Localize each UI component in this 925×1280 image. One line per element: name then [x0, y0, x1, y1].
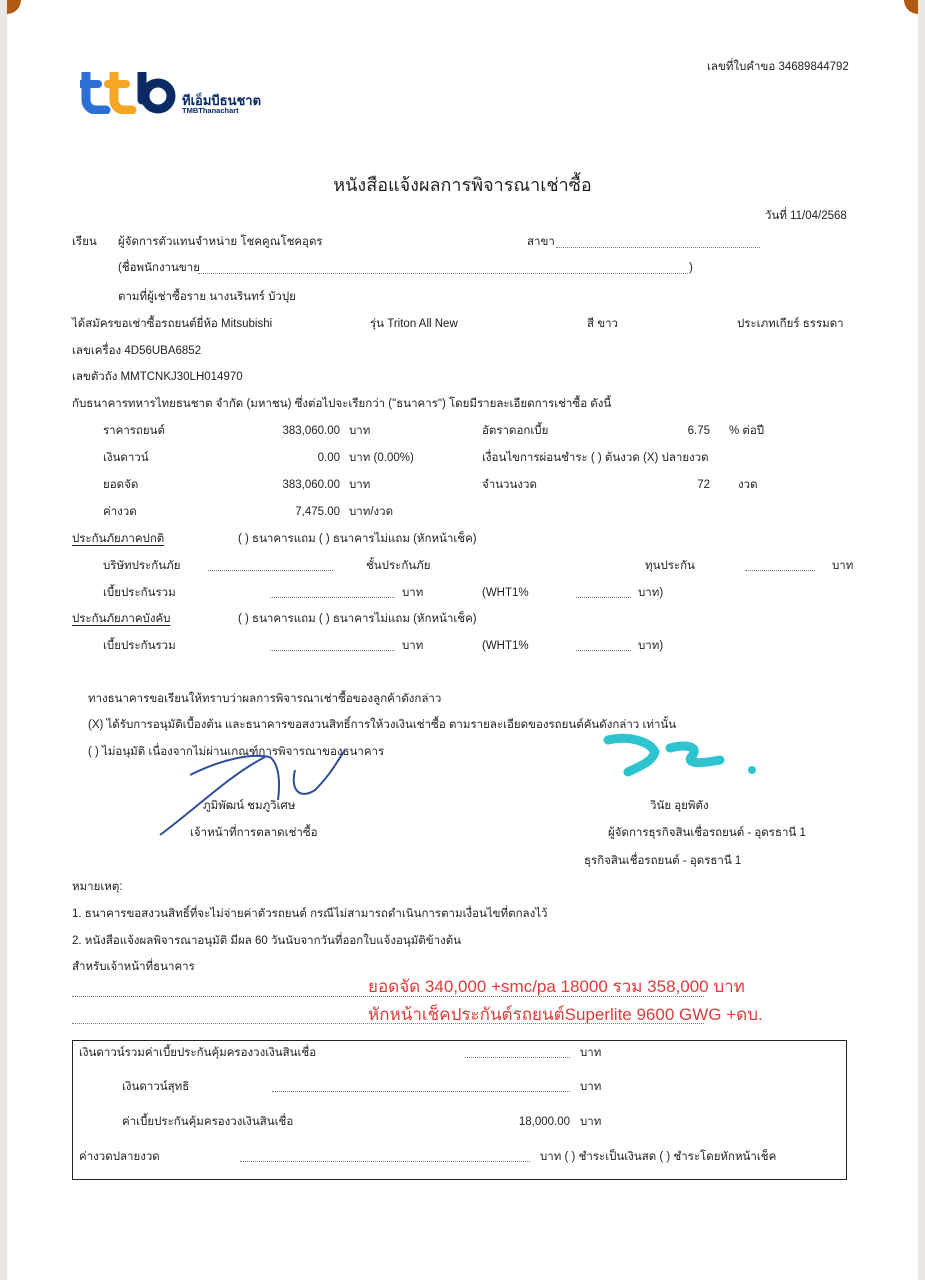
credit-premium-value: 18,000.00 — [480, 1115, 570, 1129]
salesperson-close: ) — [689, 261, 693, 275]
brand-value: Mitsubishi — [221, 318, 272, 330]
branch-label: สาขา — [527, 235, 555, 249]
color-label: สี — [587, 318, 594, 330]
finance-row-label: ยอดจัด — [103, 478, 138, 492]
brand-label: ได้สมัครขอเช่าซื้อรถยนต์ยี่ห้อ — [72, 318, 218, 330]
engine-number: เลขเครื่อง 4D56UBA6852 — [72, 344, 201, 358]
request-number-value: 34689844792 — [778, 61, 848, 73]
baht-close: บาท) — [638, 639, 663, 653]
compulsory-premium-label: เบี้ยประกันรวม — [103, 639, 176, 653]
finance-row-value: 383,060.00 — [240, 424, 340, 438]
bank-name-english: TMBThanachart — [182, 106, 239, 115]
gear-label: ประเภทเกียร์ — [737, 318, 800, 330]
insurer-field — [208, 570, 333, 571]
left-signer-name: ภูมิพัฒน์ ชมภูวิเศษ — [203, 799, 295, 813]
salesperson-field — [198, 273, 688, 274]
finance-row-label: ราคารถยนต์ — [103, 424, 165, 438]
finance-row-unit: บาท (0.00%) — [349, 451, 414, 465]
final-installment-options: บาท ( ) ชำระเป็นเงินสด ( ) ชำระโดยหักหน้… — [540, 1150, 776, 1164]
payment-condition: เงื่อนไขการผ่อนชำระ ( ) ต้นงวด (X) ปลายง… — [482, 451, 709, 465]
chassis-number: เลขตัวถัง MMTCNKJ30LH014970 — [72, 370, 243, 384]
left-signer-title: เจ้าหน้าที่การตลาดเช่าซื้อ — [190, 826, 318, 840]
date-label: วันที่ — [765, 210, 787, 222]
wht-field — [576, 650, 631, 651]
finance-row-label: เงินดาวน์ — [103, 451, 149, 465]
model-label: รุ่น — [370, 318, 384, 330]
bank-officer-label: สำหรับเจ้าหน้าที่ธนาคาร — [72, 960, 195, 974]
engine-label: เลขเครื่อง — [72, 345, 121, 357]
salesperson-label: (ชื่อพนักงานขาย — [118, 261, 200, 275]
document-title: หนังสือแจ้งผลการพิจารณาเช่าซื้อ — [0, 170, 925, 199]
vehicle-model: รุ่น Triton All New — [370, 317, 458, 331]
notes-heading: หมายเหตุ: — [72, 880, 123, 894]
interest-value: 6.75 — [660, 424, 710, 438]
finance-row-label: ค่างวด — [103, 505, 137, 519]
insurer-label: บริษัทประกันภัย — [103, 559, 180, 573]
signature-right-icon — [600, 730, 770, 780]
compulsory-insurance-options: ( ) ธนาคารแถม ( ) ธนาคารไม่แถม (หักหน้าเ… — [238, 612, 477, 626]
sum-insured-field — [745, 570, 815, 571]
credit-premium-label: ค่าเบี้ยประกันคุ้มครองวงเงินสินเชื่อ — [122, 1115, 293, 1129]
baht-unit: บาท — [580, 1080, 601, 1094]
compulsory-insurance-label: ประกันภัยภาคบังคับ — [72, 612, 170, 626]
handwritten-annotation-1: ยอดจัด 340,000 +smc/pa 18000 รวม 358,000… — [368, 973, 745, 1000]
compulsory-premium-field — [270, 650, 395, 651]
model-value: Triton All New — [387, 318, 458, 330]
baht-unit: บาท — [580, 1115, 601, 1129]
vehicle-brand: ได้สมัครขอเช่าซื้อรถยนต์ยี่ห้อ Mitsubish… — [72, 317, 272, 331]
down-total-field — [465, 1057, 570, 1058]
installments-value: 72 — [660, 478, 710, 492]
baht-unit: บาท — [580, 1046, 601, 1060]
request-number-label: เลขที่ใบคำขอ — [707, 61, 775, 73]
installments-label: จำนวนงวด — [482, 478, 537, 492]
finance-row-unit: บาท/งวด — [349, 505, 393, 519]
bank-intro: กับธนาคารทหารไทยธนชาต จำกัด (มหาชน) ซึ่ง… — [72, 397, 611, 411]
note-item: 2. หนังสือแจ้งผลพิจารณาอนุมัติ มีผล 60 ว… — [72, 934, 461, 948]
voluntary-premium-field — [270, 597, 395, 598]
addressee-to: ผู้จัดการตัวแทนจำหน่าย โชคคูณโชคอุดร — [118, 235, 323, 249]
net-down-field — [272, 1091, 570, 1092]
interest-label: อัตราดอกเบี้ย — [482, 424, 548, 438]
corner-decoration — [904, 0, 918, 14]
date-value: 11/04/2568 — [790, 210, 847, 222]
result-approved: (X) ได้รับการอนุมัติเบื้องต้น และธนาคารข… — [88, 718, 676, 732]
installments-unit: งวด — [738, 478, 758, 492]
gear-value: ธรรมดา — [803, 318, 844, 330]
wht-field — [576, 597, 631, 598]
insurance-class-label: ชั้นประกันภัย — [366, 559, 430, 573]
wht-label: (WHT1% — [482, 639, 529, 653]
baht-close: บาท) — [638, 586, 663, 600]
right-signer-title: ผู้จัดการธุรกิจสินเชื่อรถยนต์ - อุดรธานี… — [608, 826, 806, 840]
finance-row-unit: บาท — [349, 424, 370, 438]
branch-field — [556, 247, 760, 248]
result-intro: ทางธนาคารขอเรียนให้ทราบว่าผลการพิจารณาเช… — [88, 692, 441, 706]
wht-label: (WHT1% — [482, 586, 529, 600]
addressee-label: เรียน — [72, 235, 97, 249]
ttb-logo-icon — [80, 72, 180, 114]
request-number: เลขที่ใบคำขอ 34689844792 — [707, 60, 849, 74]
engine-value: 4D56UBA6852 — [124, 345, 201, 357]
baht-unit: บาท — [402, 639, 423, 653]
finance-row-value: 7,475.00 — [240, 505, 340, 519]
applicant-line: ตามที่ผู้เช่าซื้อราย นางนรินทร์ บัวปุย — [118, 290, 296, 304]
final-installment-field — [240, 1161, 530, 1162]
chassis-value: MMTCNKJ30LH014970 — [121, 371, 243, 383]
document-date: วันที่ 11/04/2568 — [765, 209, 847, 223]
corner-decoration — [7, 0, 21, 14]
down-total-label: เงินดาวน์รวมค่าเบี้ยประกันคุ้มครองวงเงิน… — [79, 1046, 316, 1060]
voluntary-premium-label: เบี้ยประกันรวม — [103, 586, 176, 600]
finance-row-unit: บาท — [349, 478, 370, 492]
finance-row-value: 0.00 — [240, 451, 340, 465]
handwritten-annotation-2: หักหน้าเช็คประกันต์รถยนต์Superlite 9600 … — [368, 1001, 763, 1028]
color-value: ขาว — [597, 318, 618, 330]
right-signer-name: วินัย อุยพิตัง — [650, 799, 709, 813]
finance-row-value: 383,060.00 — [240, 478, 340, 492]
note-item: 1. ธนาคารขอสงวนสิทธิ์ที่จะไม่จ่ายค่าตัวร… — [72, 907, 547, 921]
final-installment-label: ค่างวดปลายงวด — [79, 1150, 160, 1164]
vehicle-color: สี ขาว — [587, 317, 618, 331]
baht-unit: บาท — [832, 559, 853, 573]
net-down-label: เงินดาวน์สุทธิ — [122, 1080, 189, 1094]
vehicle-gear: ประเภทเกียร์ ธรรมดา — [737, 317, 844, 331]
chassis-label: เลขตัวถัง — [72, 371, 117, 383]
voluntary-insurance-label: ประกันภัยภาคปกติ — [72, 532, 164, 546]
sum-insured-label: ทุนประกัน — [645, 559, 695, 573]
baht-unit: บาท — [402, 586, 423, 600]
voluntary-insurance-options: ( ) ธนาคารแถม ( ) ธนาคารไม่แถม (หักหน้าเ… — [238, 532, 477, 546]
interest-unit: % ต่อปี — [729, 424, 764, 438]
right-signer-unit: ธุรกิจสินเชื่อรถยนต์ - อุดรธานี 1 — [584, 854, 741, 868]
